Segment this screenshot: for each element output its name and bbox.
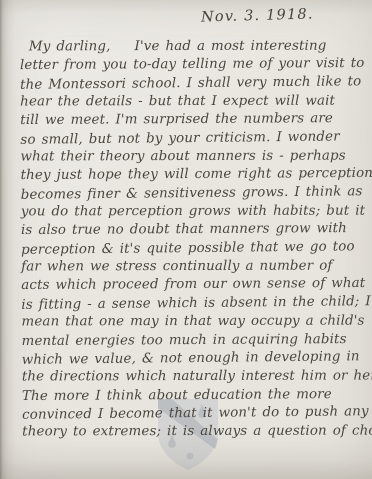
letter-line: you do that perception grows with habits… (21, 203, 368, 222)
salutation: My darling, (29, 39, 111, 54)
letter-line: the Montessori school. I shall very much… (20, 73, 367, 95)
letter-line: till we meet. I'm surprised the numbers … (20, 110, 367, 130)
letter-line: letter from you to-day telling me of you… (20, 55, 367, 75)
letter-date: Nov. 3. 1918. (201, 6, 314, 25)
letter-line: becomes finer & sensitiveness grows. I t… (21, 183, 368, 205)
letter-line: hear the details - but that I expect wil… (20, 93, 367, 112)
letter-line: far when we stress continually a number … (21, 258, 368, 277)
letter-body: My darling,I've had a most interesting l… (20, 37, 369, 443)
letter-line: so small, but not by your criticism. I w… (20, 128, 367, 150)
letter-line: is fitting - a sense which is absent in … (21, 293, 368, 315)
letter-line: what their theory about manners is - per… (20, 148, 367, 167)
letter-line: mean that one may in that way occupy a c… (21, 313, 368, 332)
letter-line: theory to extremes; it is always a quest… (22, 423, 369, 442)
letter-line: My darling,I've had a most interesting (20, 38, 367, 57)
letter-line-text: I've had a most interesting (134, 39, 326, 55)
letter-line: perception & it's quite possible that we… (21, 238, 368, 260)
letter-page: Nov. 3. 1918. My darling,I've had a most… (0, 0, 372, 479)
letter-line: the directions which naturally interest … (22, 368, 369, 387)
